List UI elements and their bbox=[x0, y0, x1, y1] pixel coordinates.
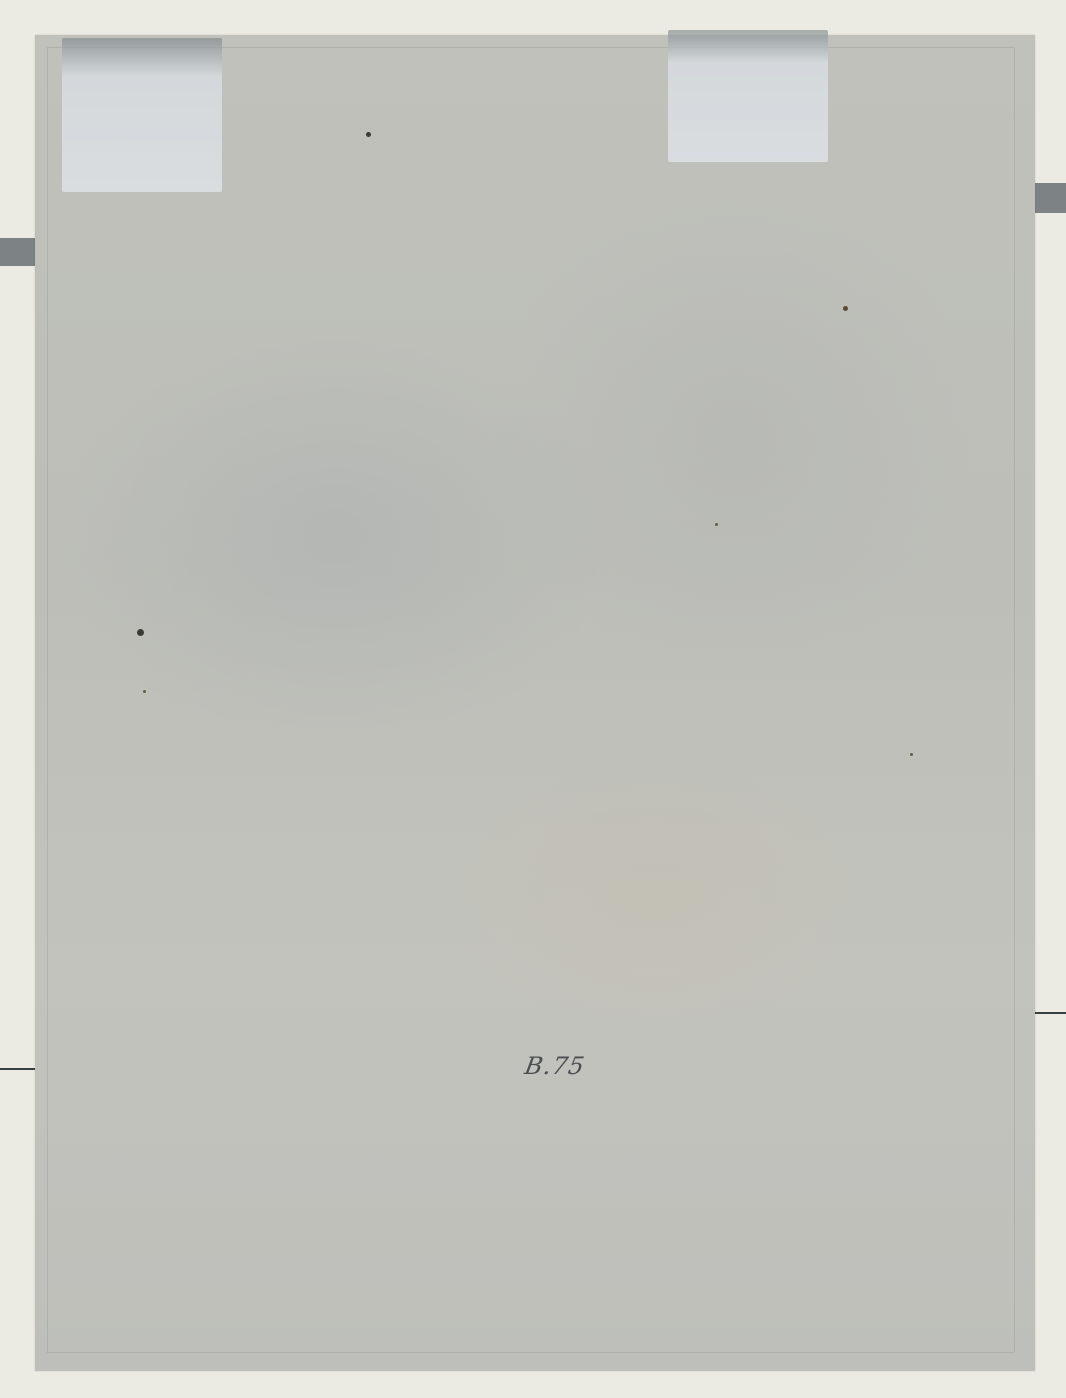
ink-speck bbox=[910, 753, 913, 756]
hinge-tape-left bbox=[62, 38, 222, 192]
ink-speck bbox=[143, 690, 146, 693]
hinge-tape-right bbox=[668, 30, 828, 162]
mount-bar-left bbox=[0, 238, 40, 266]
mount-line-left bbox=[0, 1068, 36, 1070]
ink-speck bbox=[715, 523, 718, 526]
plate-mark bbox=[47, 47, 1015, 1353]
paper-sheet bbox=[35, 35, 1035, 1371]
ink-speck bbox=[366, 132, 371, 137]
pencil-inscription: B.75 bbox=[523, 1052, 588, 1080]
ink-speck bbox=[843, 306, 848, 311]
ink-speck bbox=[137, 629, 144, 636]
mount-bar-right bbox=[1030, 183, 1066, 213]
mount-line-right bbox=[1035, 1012, 1066, 1014]
